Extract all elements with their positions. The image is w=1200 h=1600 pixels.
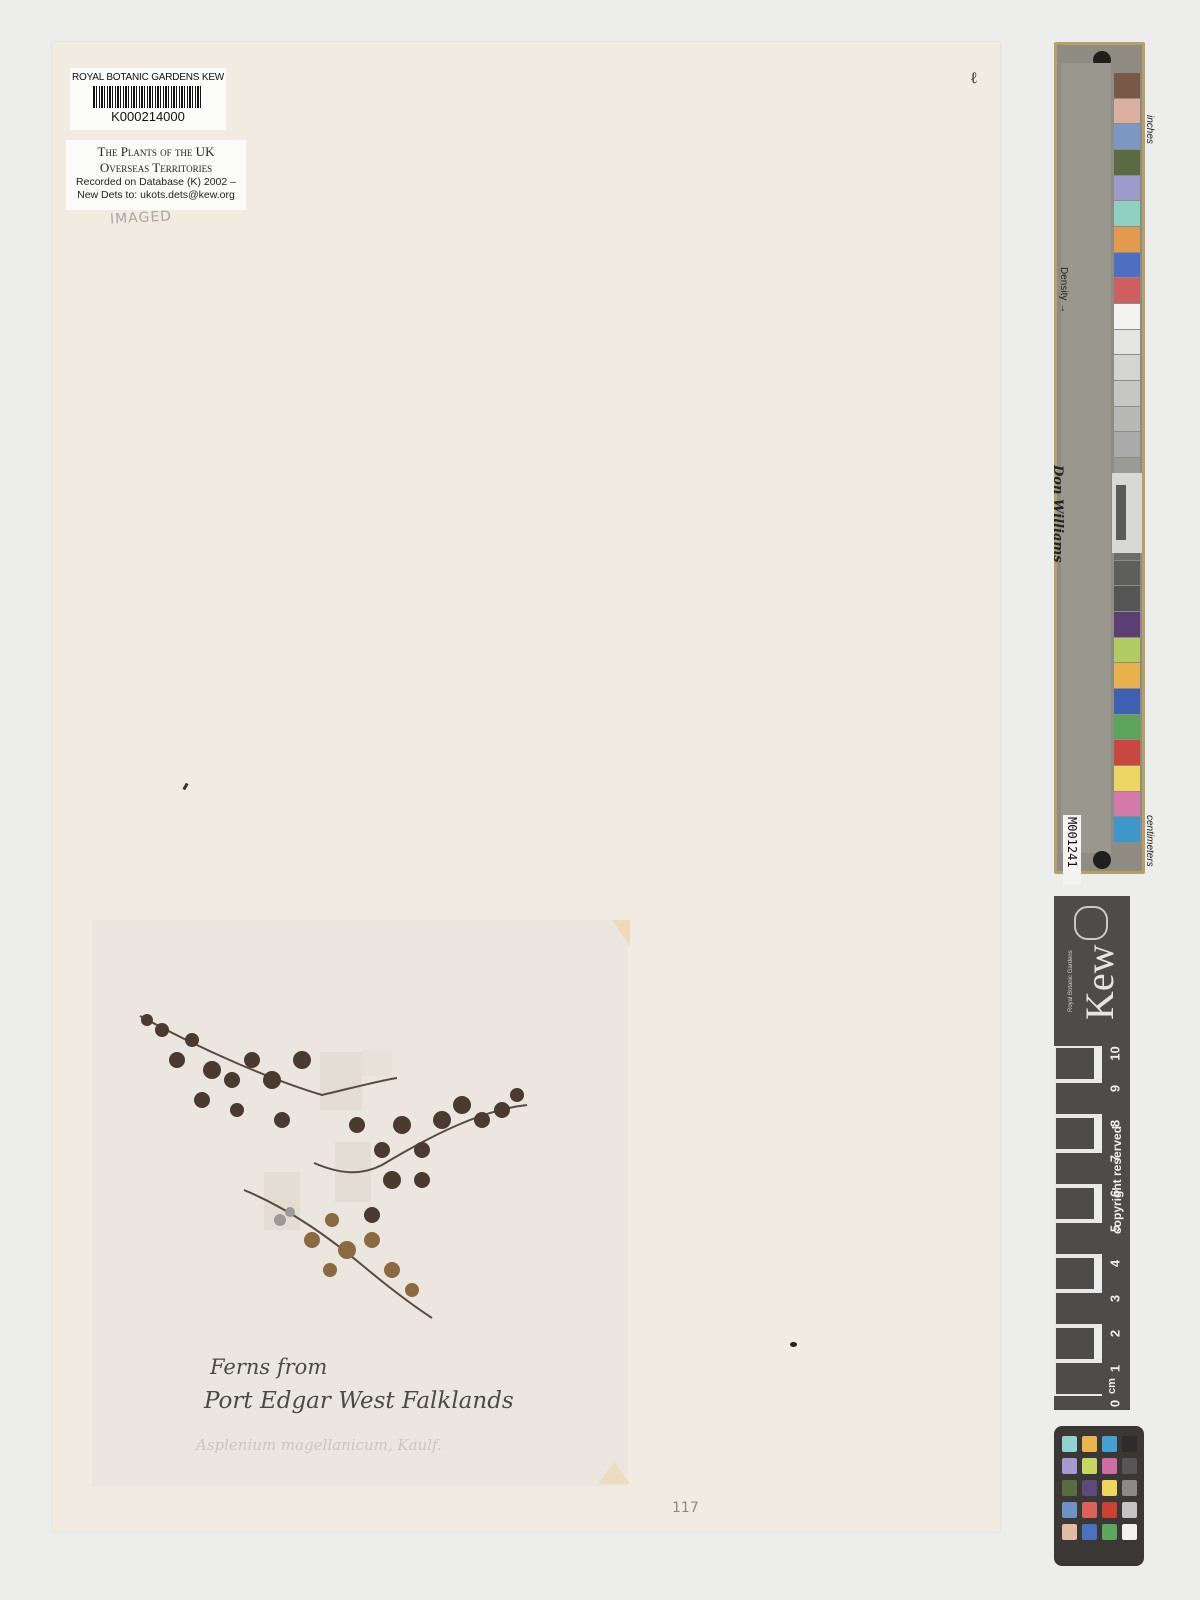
ruler-color-patch [1114, 663, 1140, 688]
kew-scale-number: 7 [1108, 1150, 1123, 1168]
ruler-color-patch [1114, 407, 1140, 432]
ruler-color-patch [1114, 73, 1140, 98]
kew-unit: cm [1106, 1378, 1118, 1394]
ruler-color-patch [1114, 150, 1140, 175]
kew-scale-segment [1054, 1046, 1102, 1081]
color-checker-swatch [1062, 1458, 1077, 1474]
kew-scale-number: 10 [1108, 1045, 1123, 1063]
color-checker-swatch [1122, 1458, 1137, 1474]
ruler-color-patch [1114, 381, 1140, 406]
ink-dot [790, 1342, 797, 1347]
kew-logo: Kew [1076, 944, 1123, 1020]
kew-scale-number: 3 [1108, 1290, 1123, 1308]
ruler-color-patch [1114, 304, 1140, 329]
barcode-label: ROYAL BOTANIC GARDENS KEW K000214000 [70, 68, 226, 130]
color-checker-swatch [1122, 1436, 1137, 1452]
catalog-number: K000214000 [70, 109, 226, 124]
ruler-color-patch [1114, 792, 1140, 817]
ruler-color-patch [1114, 586, 1140, 611]
kew-scale-number: 9 [1108, 1080, 1123, 1098]
collector-note-line1: Ferns from [210, 1355, 327, 1379]
kew-scale-segment [1054, 1291, 1102, 1326]
institution-name: ROYAL BOTANIC GARDENS KEW [70, 72, 226, 83]
ruler-serial-text: M001241 [1065, 817, 1079, 868]
kew-crest-icon [1074, 906, 1108, 940]
ruler-maker: Don Williams [1050, 465, 1065, 563]
kew-scale-number: 5 [1108, 1220, 1123, 1238]
kew-scale-numbers: 012345678910 [1106, 1046, 1126, 1406]
ruler-color-patch [1114, 689, 1140, 714]
ruler-inches-label: inches [1144, 115, 1155, 144]
color-checker-swatch [1102, 1436, 1117, 1452]
kew-scale-number: 1 [1108, 1360, 1123, 1378]
mount-corner-tab [598, 1462, 630, 1484]
kew-scale-segment [1054, 1361, 1102, 1396]
kew-scale-number: 0 [1108, 1395, 1123, 1413]
color-checker-swatch [1062, 1524, 1077, 1540]
color-calibration-ruler: Density → Don Williams inches centimeter… [1054, 42, 1145, 874]
color-checker-swatch [1102, 1480, 1117, 1496]
ukot-title-line1: The Plants of the UK [66, 144, 246, 160]
collector-note-locality: Port Edgar West Falklands [204, 1388, 514, 1414]
ukot-label: The Plants of the UK Overseas Territorie… [66, 140, 246, 210]
kew-scale-segment [1054, 1151, 1102, 1186]
color-checker-swatch [1122, 1480, 1137, 1496]
ruler-color-patch [1114, 330, 1140, 355]
ruler-color-patch [1114, 278, 1140, 303]
kew-scale-bar: Royal Botanic Gardens Kew copyright rese… [1054, 896, 1130, 1410]
ruler-hole-icon [1093, 851, 1111, 869]
kew-scale-segment [1054, 1081, 1102, 1116]
ruler-color-patch [1114, 99, 1140, 124]
color-checker-swatch [1082, 1524, 1097, 1540]
ruler-centimeters-label: centimeters [1144, 815, 1155, 867]
imaged-stamp: IMAGED [110, 208, 173, 227]
color-checker-swatch [1102, 1458, 1117, 1474]
ruler-color-patch [1114, 817, 1140, 842]
ruler-resolution-target [1112, 473, 1142, 553]
kew-scale-number: 4 [1108, 1255, 1123, 1273]
color-checker-swatch [1082, 1502, 1097, 1518]
ruler-color-patch [1114, 124, 1140, 149]
kew-scale-segment [1054, 1116, 1102, 1151]
ukot-title-line2: Overseas Territories [66, 160, 246, 176]
ruler-color-patch [1114, 227, 1140, 252]
ukot-email-line: New Dets to: ukots.dets@kew.org [66, 189, 246, 202]
kew-scale-segment [1054, 1186, 1102, 1221]
ruler-color-patch [1114, 638, 1140, 663]
barcode-icon [93, 86, 203, 108]
ruler-serial: M001241 [1063, 815, 1081, 885]
fern-specimen-icon [92, 920, 628, 1320]
color-checker-swatch [1122, 1524, 1137, 1540]
kew-scale-number: 2 [1108, 1325, 1123, 1343]
kew-scale-ticks [1054, 1046, 1102, 1404]
corner-pencil-mark: ℓ [970, 68, 978, 88]
kew-scale-number: 8 [1108, 1115, 1123, 1133]
color-checker-card [1054, 1426, 1144, 1566]
ruler-color-patch [1114, 253, 1140, 278]
ruler-color-patch [1114, 561, 1140, 586]
ruler-color-patch [1114, 715, 1140, 740]
folio-number: 117 [672, 1500, 699, 1516]
ruler-color-patch [1114, 766, 1140, 791]
color-checker-swatch [1102, 1502, 1117, 1518]
ukot-database-line: Recorded on Database (K) 2002 – [66, 176, 246, 189]
kew-scale-segment [1054, 1256, 1102, 1291]
color-checker-swatch [1102, 1524, 1117, 1540]
color-checker-swatch [1082, 1436, 1097, 1452]
ruler-color-patch [1114, 355, 1140, 380]
kew-subtitle: Royal Botanic Gardens [1068, 950, 1074, 1012]
color-checker-swatch [1062, 1480, 1077, 1496]
color-checker-swatch [1122, 1502, 1137, 1518]
kew-scale-segment [1054, 1221, 1102, 1256]
ruler-color-patch [1114, 740, 1140, 765]
ruler-scale-column [1061, 63, 1111, 853]
color-checker-swatch [1082, 1458, 1097, 1474]
determination-note: Asplenium magellanicum, Kaulf. [196, 1436, 442, 1454]
ruler-color-patch [1114, 432, 1140, 457]
ruler-color-patch [1114, 612, 1140, 637]
density-label: Density → [1058, 267, 1069, 313]
kew-scale-segment [1054, 1326, 1102, 1361]
color-checker-swatch [1062, 1502, 1077, 1518]
color-checker-swatch [1082, 1480, 1097, 1496]
ruler-color-patch [1114, 201, 1140, 226]
color-checker-swatch [1062, 1436, 1077, 1452]
ruler-color-patch [1114, 176, 1140, 201]
kew-scale-number: 6 [1108, 1185, 1123, 1203]
